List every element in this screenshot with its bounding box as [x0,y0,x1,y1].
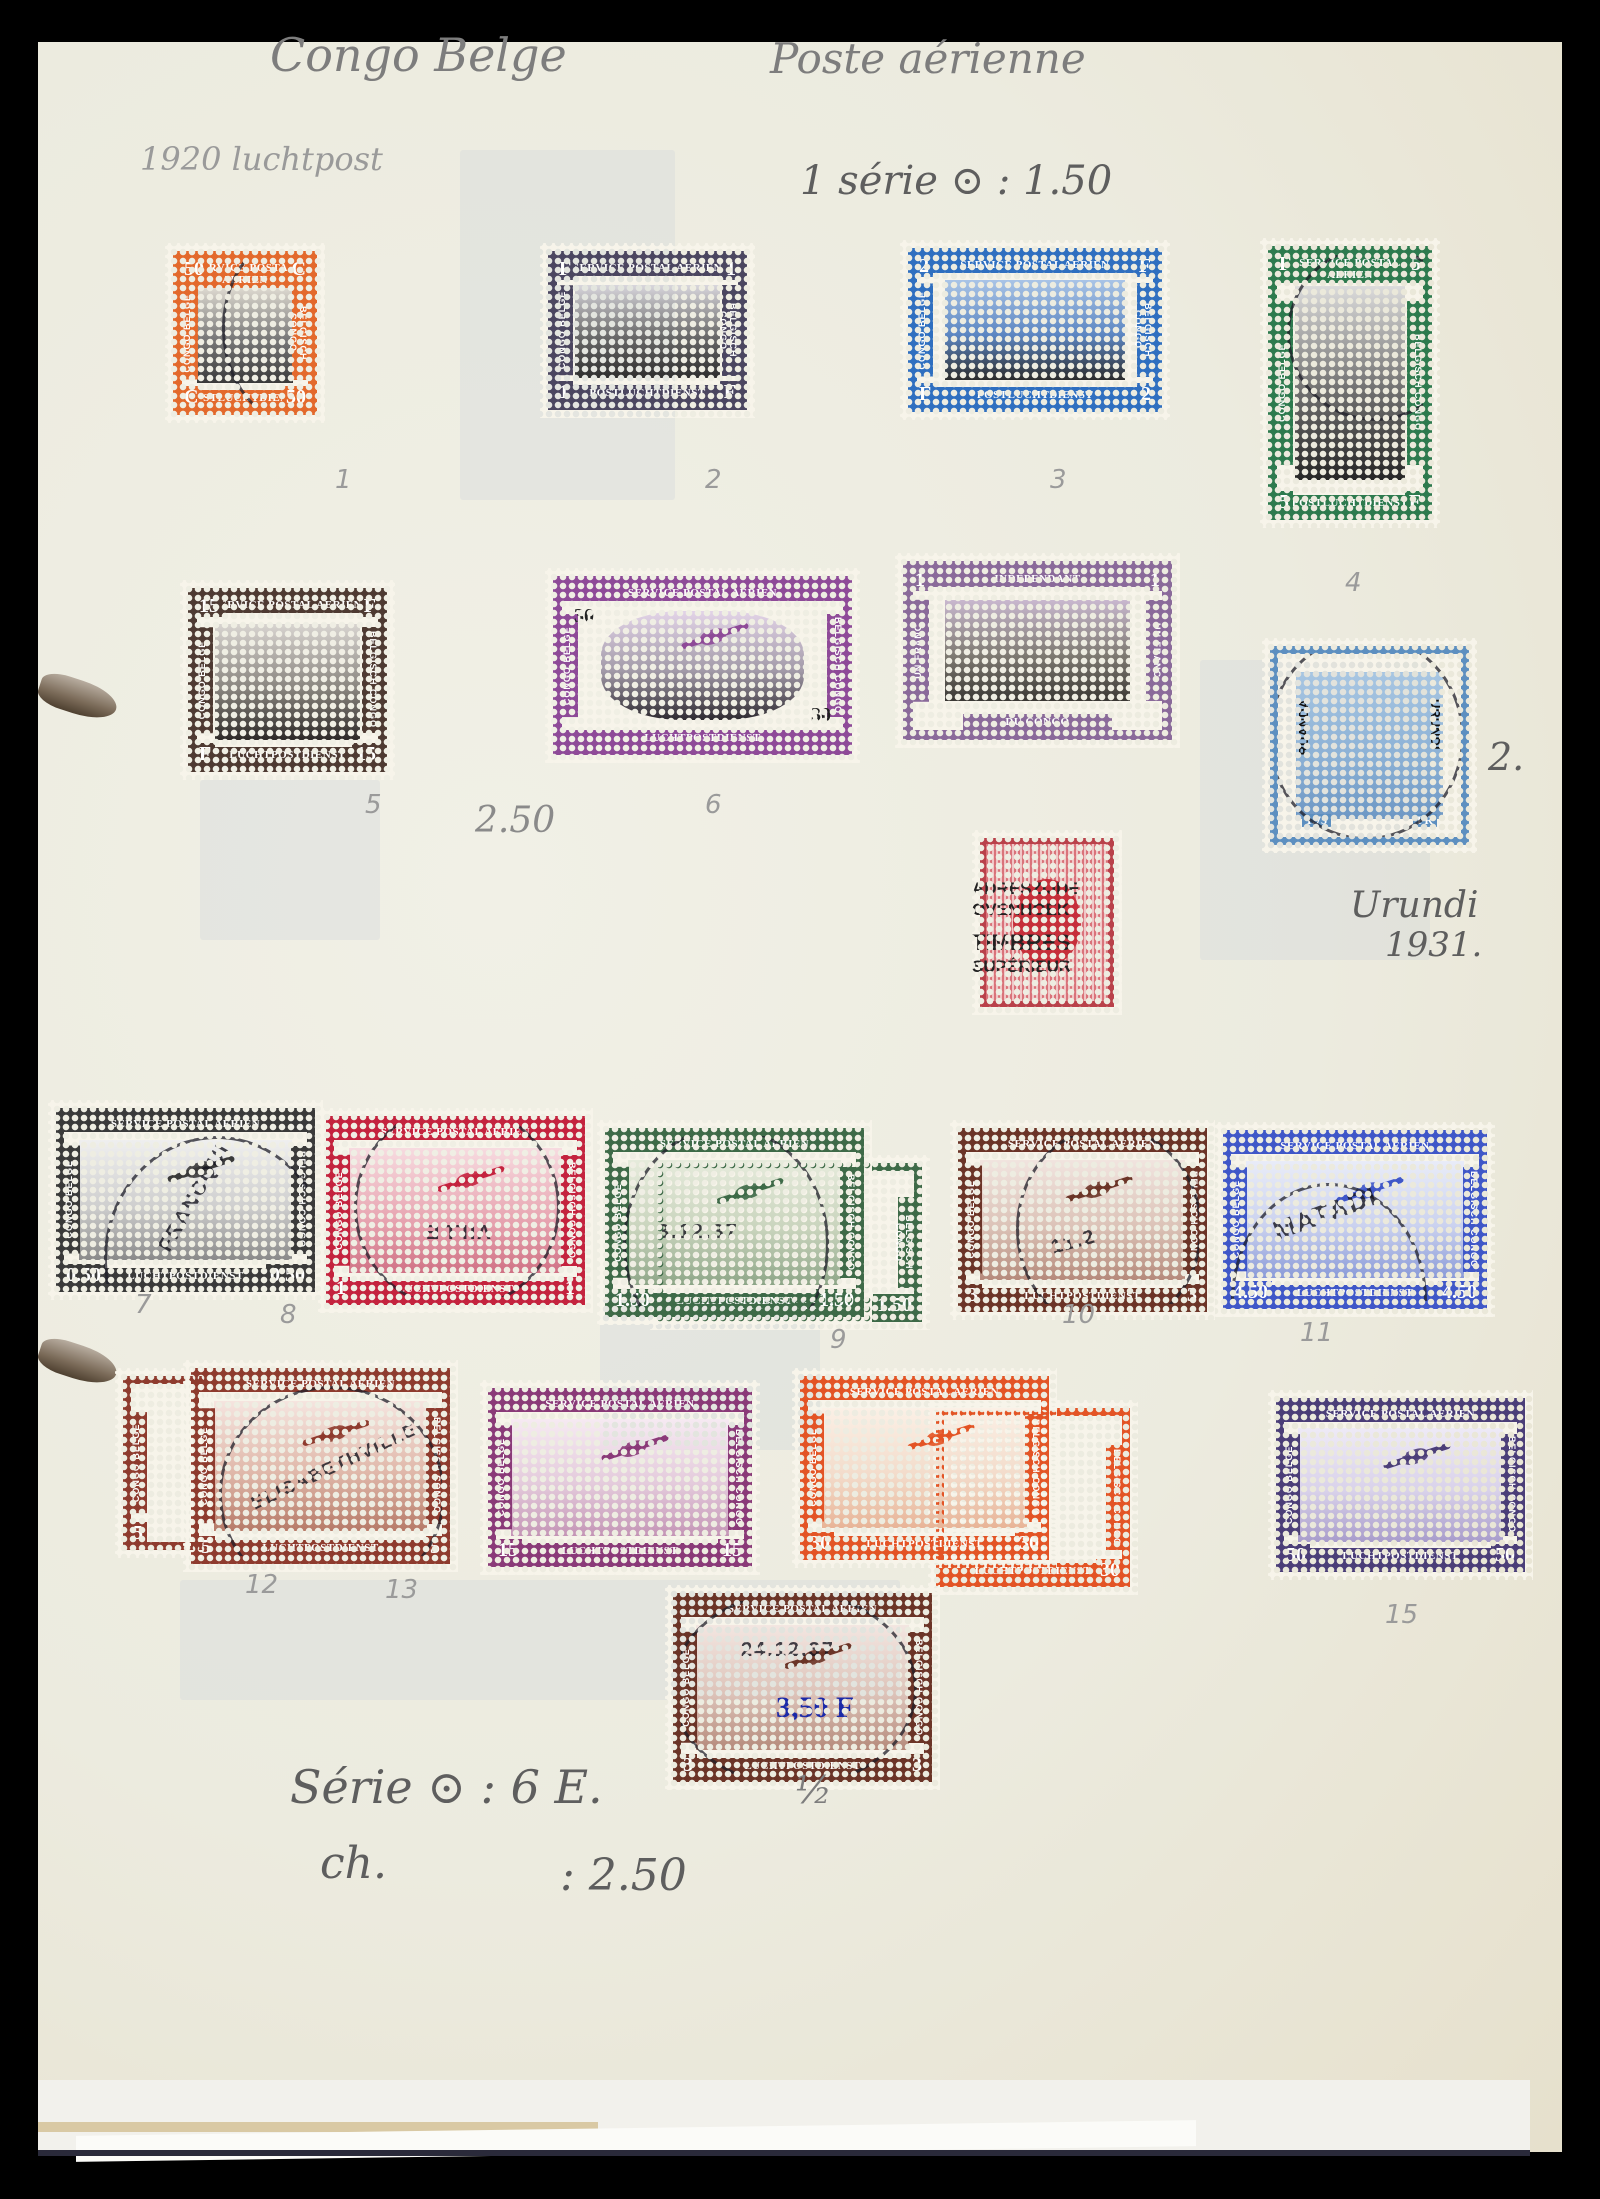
handwritten-series-total: Série ⊙ : 6 E. [290,1760,603,1814]
stamp-number: 9 [830,1325,847,1355]
stamp-1934-15f: SERVICE POSTAL AERIEN CONGO BELGE BELGIS… [480,1380,760,1575]
stamp-1934-5f: SERVICE POSTAL AERIEN CONGO BELGE BELGIS… [183,1360,458,1572]
stamp-number: 7 [135,1290,152,1320]
handwritten-ch-label: ch. [320,1838,387,1889]
stamp-number: 15 [1385,1600,1418,1630]
handwritten-price-rwanda: 2. [1488,735,1524,779]
overprint-ruanda: RUANDA [1296,699,1311,755]
handwritten-country: Congo Belge [270,28,567,82]
postmark [673,1593,917,1782]
stamp-number: 1 [335,465,352,495]
stamp-1934-1.50f: SERVICE POSTAL AERIEN CONGO BELGE BELGIS… [597,1120,872,1325]
stamp-15f: SERVICE POSTAL AERIEN CONGO BELGE BELGIS… [180,580,395,780]
stamp-number: 8 [280,1300,297,1330]
overprint-urundi: URUNDI [1428,699,1443,750]
stamp-belgique-25c: ADRESZIJDE OVENHOEK TIMBRES SUPÉRIEUR [972,830,1122,1015]
bottom-shadow [38,2150,1530,2156]
stamp-number: 5 [365,790,382,820]
stamp-30f: SERVICE POSTAL AERIEN CONGO BELGE BELGIS… [545,568,860,763]
stamp-number: 4 [1345,568,1362,598]
stamp-number: 3 [1050,465,1067,495]
handwritten-1931: 1931. [1385,925,1482,965]
stamp-1920-50c: SERVICE POSTAL AERIEN CONGO BELGE BELGIS… [165,243,325,423]
handwritten-series-price: 1 série ⊙ : 1.50 [800,158,1112,204]
stamp-1934-50f: SERVICE POSTAL AERIEN CONGO BELGE BELGIS… [1268,1390,1533,1580]
stamp-number: 13 [385,1575,418,1605]
stamp-etat-independant-1f: INDEPENDANT UN FRANC UN FRANC DU CONGO 1… [895,553,1180,748]
stamp-1934-0.50f: SERVICE POSTAL AERIEN CONGO BELGE BELGIS… [48,1100,323,1300]
stamp-1934-1f: SERVICE POSTAL AERIEN CONGO BELGE BELGIS… [318,1108,593,1313]
stamp-1920-5f: SERVICE POSTAL AERIEN CONGO BELGE BELGIS… [1260,238,1440,528]
surcharge-overprint: 3,50 F [776,1691,854,1725]
handwritten-price-row2: 2.50 [475,800,555,841]
stamp-1920-1f: SERVICE POSTAL AERIEN CONGO BELGE BELGIS… [540,243,755,418]
stamp-ruanda-urundi: RUANDA URUNDI 1.75 FR [1262,638,1477,853]
handwritten-section: Poste aérienne [770,34,1086,83]
handwritten-ch-value: : 2.50 [560,1850,687,1901]
stamp-1934-3f: SERVICE POSTAL AERIEN CONGO BELGE BELGIS… [950,1120,1215,1320]
stamp-number: 10 [1062,1300,1095,1330]
handwritten-year: 1920 luchtpost [140,140,383,178]
slogan-cancel: ADRESZIJDE OVENHOEK TIMBRES SUPÉRIEUR [972,878,1080,977]
stamp-number: 6 [705,790,722,820]
handwritten-urundi: Urundi [1350,885,1478,926]
stamp-number: 2 [705,465,722,495]
stamp-1920-2f: SERVICE POSTAL AERIEN CONGO BELGE BELGIS… [900,240,1170,420]
handwritten-mark: ½ [795,1768,832,1812]
stamp-number: 12 [245,1570,278,1600]
postmark [354,1116,560,1305]
stamp-1934-4.50f: SERVICE POSTAL AERIEN CONGO BELGE BELGIS… [1215,1122,1495,1317]
ghost-imprint [200,780,380,940]
stamp-1934-30f: SERVICE POSTAL AERIEN CONGO BELGE BELGIS… [792,1368,1057,1568]
postmark [1016,1128,1202,1312]
stamp-1934-3f-surcharge-3.50f: SERVICE POSTAL AERIEN CONGO BELGE BELGIS… [665,1585,940,1790]
stamp-number: 11 [1300,1318,1333,1348]
